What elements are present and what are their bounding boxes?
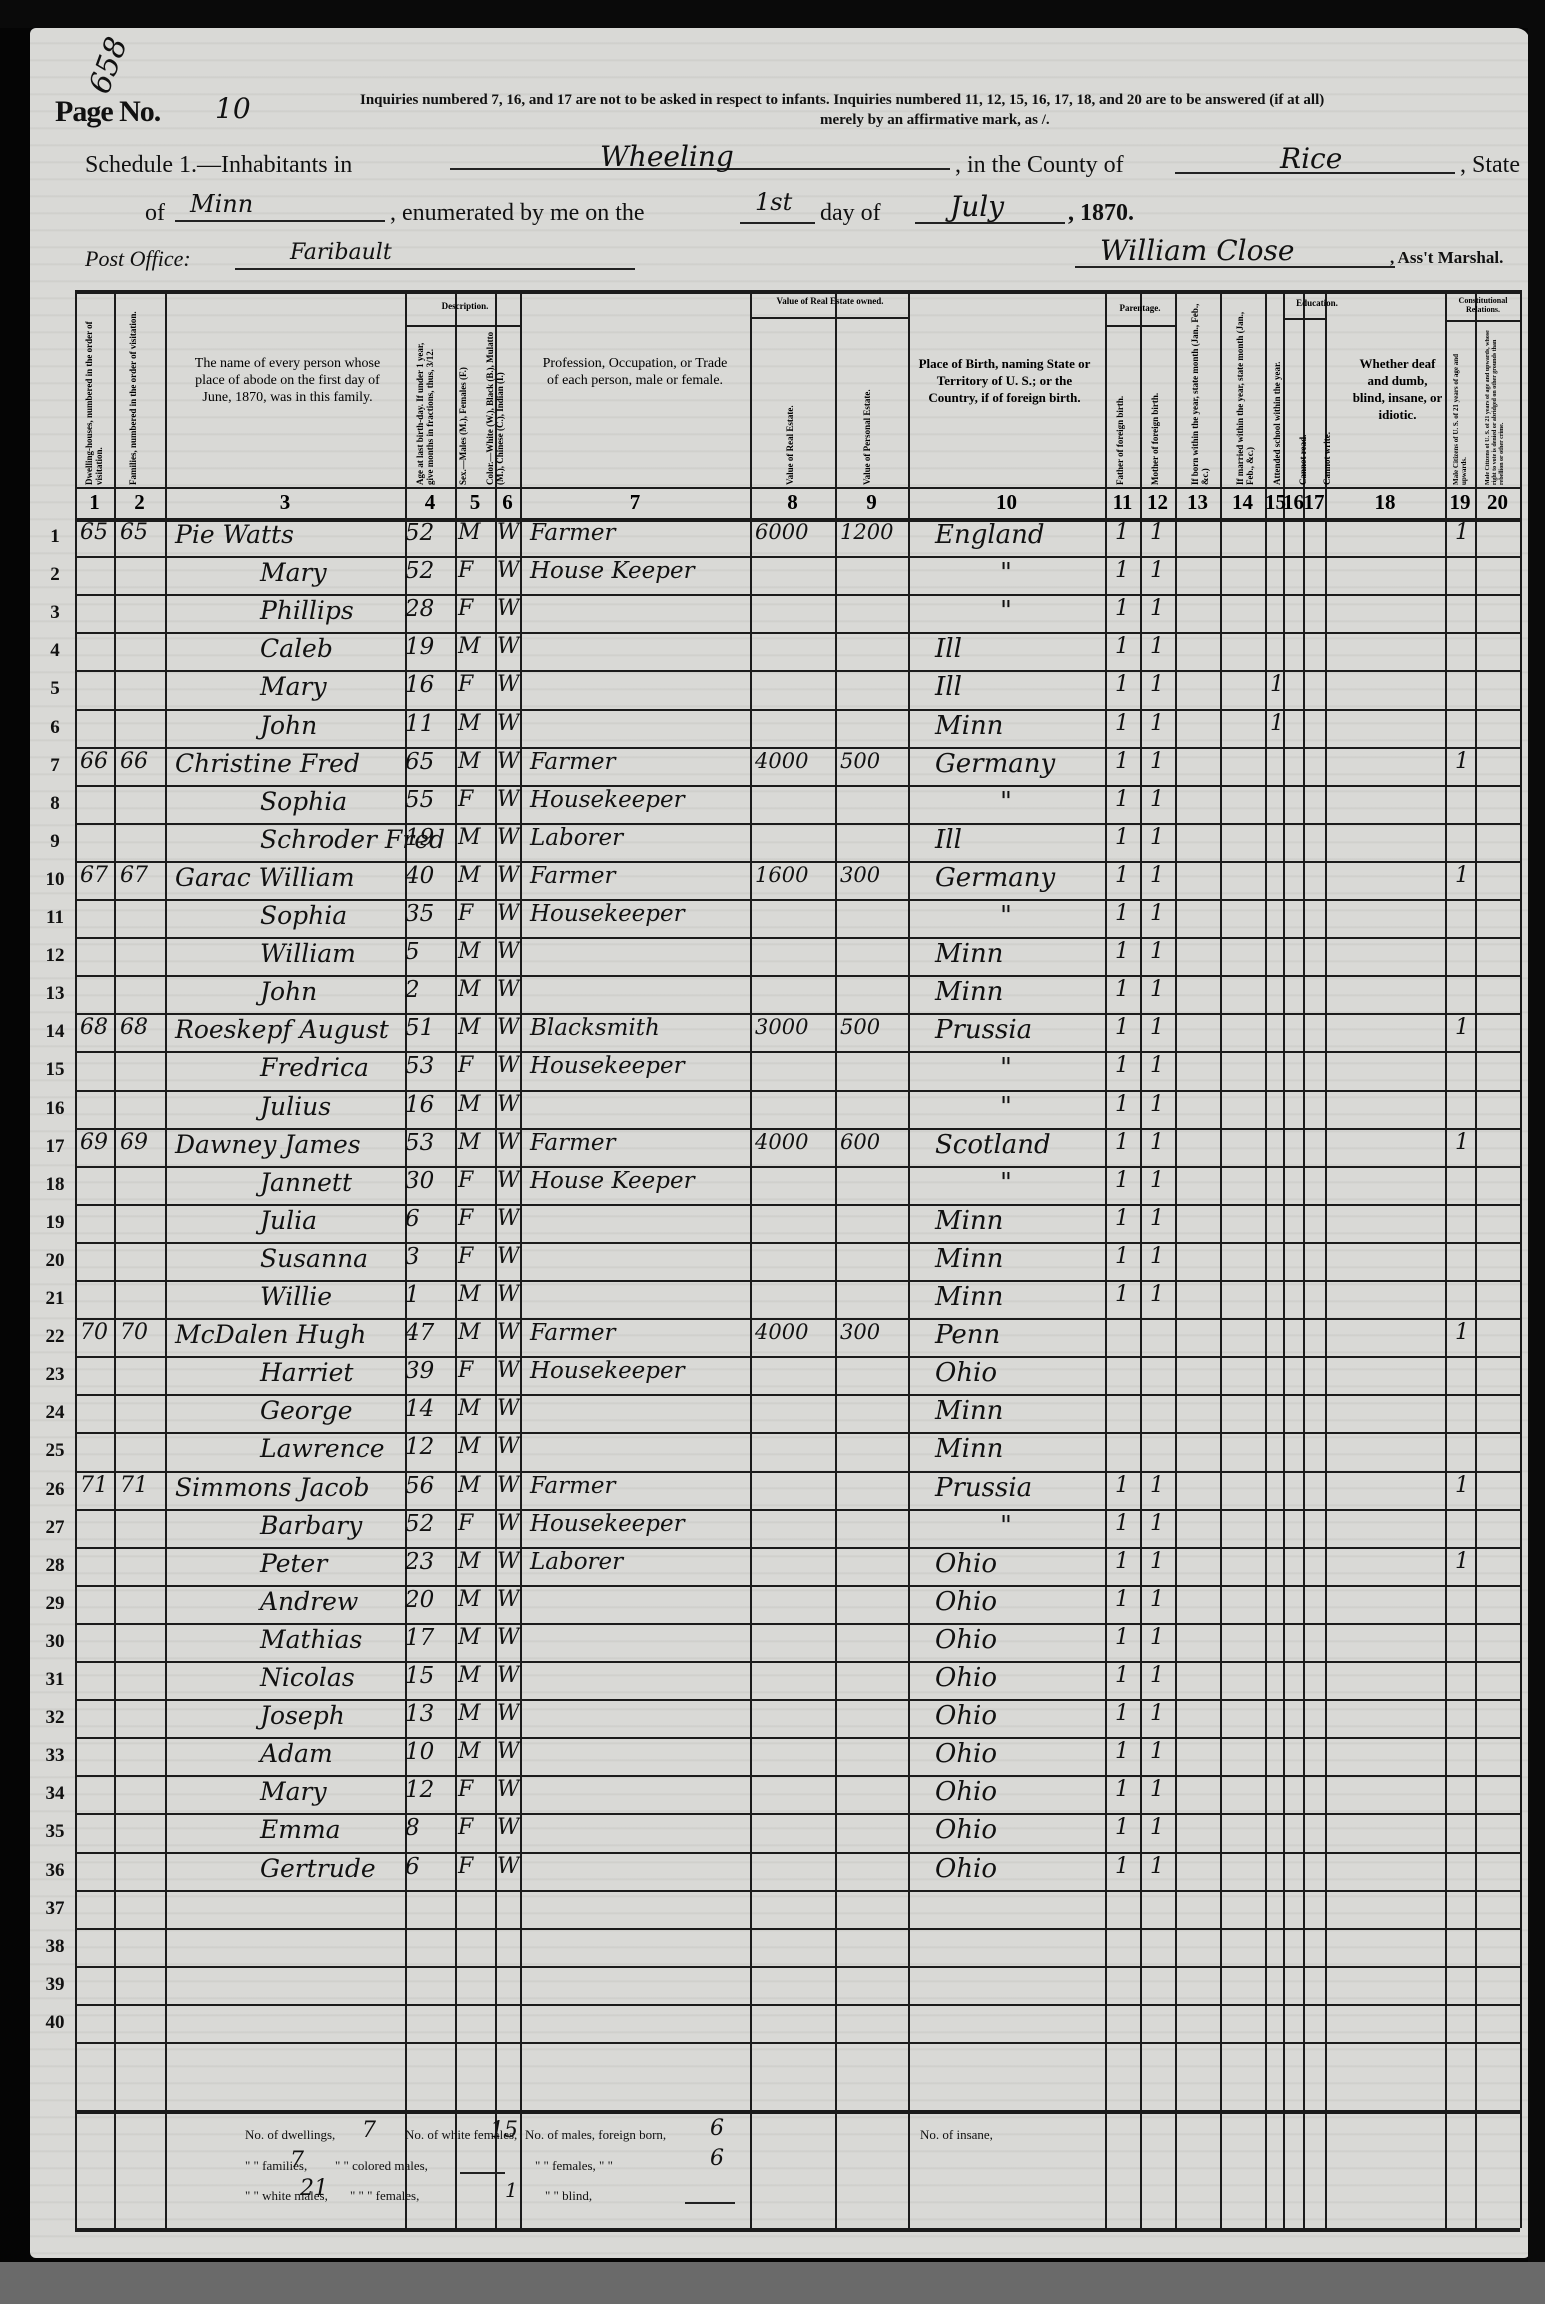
sex: M — [458, 1015, 481, 1040]
person-name: Christine Fred — [175, 749, 360, 778]
real-estate-value: 4000 — [755, 749, 808, 773]
mother-foreign-mark: 1 — [1150, 672, 1164, 697]
colored-females-count: 1 — [505, 2178, 518, 2202]
column-number: 15 — [1265, 490, 1283, 515]
white-males-count: 21 — [300, 2176, 328, 2201]
row-rule — [75, 2042, 1520, 2044]
citizen-mark: 1 — [1455, 1320, 1469, 1345]
sex: F — [458, 558, 473, 583]
line-number: 32 — [35, 1707, 75, 1729]
father-foreign-mark: 1 — [1115, 1663, 1129, 1688]
column-number: 17 — [1303, 490, 1325, 515]
page-label: Page No. — [55, 95, 160, 129]
age: 6 — [405, 1206, 420, 1232]
birthplace: " — [1000, 787, 1012, 817]
color: W — [497, 672, 520, 697]
citizen-mark: 1 — [1455, 520, 1469, 545]
age: 8 — [405, 1815, 420, 1841]
birthplace: Ohio — [935, 1549, 997, 1579]
occupation: Farmer — [530, 1320, 616, 1346]
person-name: Barbary — [260, 1511, 362, 1540]
mother-foreign-mark: 1 — [1150, 1701, 1164, 1726]
personal-estate-value: 300 — [840, 1320, 880, 1344]
sex: F — [458, 1244, 473, 1269]
person-name: Roeskepf August — [175, 1015, 389, 1044]
row-rule — [75, 1928, 1520, 1930]
person-name: John — [260, 977, 317, 1006]
birthplace: Prussia — [935, 1015, 1032, 1045]
mother-foreign-mark: 1 — [1150, 1777, 1164, 1802]
birthplace: " — [1000, 1053, 1012, 1083]
person-name: Phillips — [260, 596, 354, 625]
birthplace: Ohio — [935, 1777, 997, 1807]
line-number: 35 — [35, 1821, 75, 1843]
families-count: 7 — [290, 2148, 304, 2173]
personal-estate-value: 500 — [840, 1015, 880, 1039]
color: W — [497, 787, 520, 812]
person-name: Simmons Jacob — [175, 1473, 369, 1502]
age: 30 — [405, 1168, 434, 1194]
page-number: 10 — [215, 92, 251, 125]
mother-foreign-mark: 1 — [1150, 1473, 1164, 1498]
enumeration-month: July — [950, 190, 1004, 223]
row-rule — [75, 2004, 1520, 2006]
sex: M — [458, 1701, 481, 1726]
occupation: Farmer — [530, 749, 616, 775]
color: W — [497, 1015, 520, 1040]
color: W — [497, 1244, 520, 1269]
occupation: Laborer — [530, 1549, 623, 1575]
citizen-mark: 1 — [1455, 749, 1469, 774]
person-name: Mary — [260, 558, 327, 587]
person-name: Nicolas — [260, 1663, 355, 1692]
line-number: 26 — [35, 1479, 75, 1501]
line-number: 39 — [35, 1974, 75, 1996]
birthplace: Minn — [935, 1282, 1003, 1312]
column-rule — [520, 290, 522, 2228]
dwelling-number: 69 — [80, 1130, 108, 1155]
mother-foreign-mark: 1 — [1150, 1549, 1164, 1574]
group-rule — [1105, 325, 1175, 327]
mother-foreign-mark: 1 — [1150, 977, 1164, 1002]
foreign-females-label: " " females, " " — [535, 2158, 613, 2174]
person-name: Mary — [260, 672, 327, 701]
line-number: 15 — [35, 1059, 75, 1081]
age: 51 — [405, 1015, 434, 1041]
col-male-citizen-header: Male Citizens of U. S. of 21 years of ag… — [1452, 330, 1474, 485]
col-name-header: The name of every person whose place of … — [180, 355, 395, 406]
color: W — [497, 939, 520, 964]
color: W — [497, 977, 520, 1002]
mother-foreign-mark: 1 — [1150, 520, 1164, 545]
real-estate-value: 6000 — [755, 520, 808, 544]
mother-foreign-mark: 1 — [1150, 1015, 1164, 1040]
age: 56 — [405, 1473, 434, 1499]
column-number: 3 — [165, 490, 405, 515]
real-estate-value: 1600 — [755, 863, 808, 887]
father-foreign-mark: 1 — [1115, 1625, 1129, 1650]
father-foreign-mark: 1 — [1115, 901, 1129, 926]
father-foreign-mark: 1 — [1115, 977, 1129, 1002]
sex: M — [458, 1282, 481, 1307]
col-sex-header: Sex.—Males (M.), Females (F.) — [458, 330, 478, 485]
column-number: 16 — [1283, 490, 1303, 515]
column-rule — [1265, 290, 1267, 2228]
line-number: 12 — [35, 945, 75, 967]
person-name: Fredrica — [260, 1053, 369, 1082]
line-number: 37 — [35, 1898, 75, 1920]
column-number: 11 — [1105, 490, 1140, 515]
occupation: Housekeeper — [530, 901, 685, 927]
mother-foreign-mark: 1 — [1150, 825, 1164, 850]
sex: M — [458, 749, 481, 774]
marshal-name: William Close — [1100, 234, 1294, 267]
father-foreign-mark: 1 — [1115, 939, 1129, 964]
line-number: 8 — [35, 793, 75, 815]
sex: F — [458, 787, 473, 812]
age: 39 — [405, 1358, 434, 1384]
line-number: 9 — [35, 831, 75, 853]
sex: M — [458, 634, 481, 659]
sex: M — [458, 939, 481, 964]
sex: F — [458, 1168, 473, 1193]
col-personal-estate-header: Value of Personal Estate. — [862, 330, 876, 485]
color: W — [497, 1549, 520, 1574]
person-name: John — [260, 711, 317, 740]
column-number: 10 — [908, 490, 1105, 515]
line-number: 6 — [35, 717, 75, 739]
line-number: 4 — [35, 640, 75, 662]
mother-foreign-mark: 1 — [1150, 634, 1164, 659]
family-number: 66 — [120, 749, 148, 774]
line-number: 30 — [35, 1631, 75, 1653]
person-name: Willie — [260, 1282, 332, 1311]
line-number: 20 — [35, 1250, 75, 1272]
foreign-females-count: 6 — [710, 2146, 724, 2171]
father-foreign-mark: 1 — [1115, 749, 1129, 774]
birthplace: Ohio — [935, 1587, 997, 1617]
column-rule — [1105, 290, 1107, 2228]
scan-bottom-border — [0, 2262, 1545, 2304]
age: 15 — [405, 1663, 434, 1689]
sex: M — [458, 1549, 481, 1574]
mother-foreign-mark: 1 — [1150, 749, 1164, 774]
state: Minn — [190, 190, 253, 218]
line-number: 7 — [35, 755, 75, 777]
line-number: 38 — [35, 1936, 75, 1958]
family-number: 70 — [120, 1320, 148, 1345]
person-name: Garac William — [175, 863, 355, 892]
color: W — [497, 863, 520, 888]
birthplace: Germany — [935, 863, 1055, 893]
personal-estate-value: 300 — [840, 863, 880, 887]
occupation: Housekeeper — [530, 1053, 685, 1079]
line-number: 29 — [35, 1593, 75, 1615]
age: 13 — [405, 1701, 434, 1727]
color: W — [497, 1320, 520, 1345]
birthplace: " — [1000, 1511, 1012, 1541]
county-label: , in the County of — [955, 152, 1124, 179]
age: 12 — [405, 1777, 434, 1803]
row-rule — [75, 1966, 1520, 1968]
father-foreign-mark: 1 — [1115, 596, 1129, 621]
line-number: 11 — [35, 907, 75, 929]
person-name: Lawrence — [260, 1434, 385, 1463]
age: 16 — [405, 1092, 434, 1118]
father-foreign-mark: 1 — [1115, 825, 1129, 850]
col-dwelling-header: Dwelling-houses, numbered in the order o… — [84, 300, 106, 485]
mother-foreign-mark: 1 — [1150, 901, 1164, 926]
mother-foreign-mark: 1 — [1150, 1663, 1164, 1688]
line-number: 18 — [35, 1174, 75, 1196]
line-number: 25 — [35, 1440, 75, 1462]
occupation: Housekeeper — [530, 1511, 685, 1537]
color: W — [497, 1358, 520, 1383]
line-number: 5 — [35, 678, 75, 700]
line-number: 13 — [35, 983, 75, 1005]
sex: F — [458, 1854, 473, 1879]
occupation: Housekeeper — [530, 1358, 685, 1384]
personal-estate-value: 600 — [840, 1130, 880, 1154]
birthplace: Minn — [935, 939, 1003, 969]
birthplace: " — [1000, 1092, 1012, 1122]
mother-foreign-mark: 1 — [1150, 1092, 1164, 1117]
col-cannot-write-header: Cannot write. — [1322, 400, 1334, 485]
column-rule — [1140, 290, 1142, 2228]
father-foreign-mark: 1 — [1115, 1739, 1129, 1764]
line-number: 16 — [35, 1098, 75, 1120]
line-number: 22 — [35, 1326, 75, 1348]
occupation: Housekeeper — [530, 787, 685, 813]
real-estate-value: 3000 — [755, 1015, 808, 1039]
column-number: 20 — [1475, 490, 1520, 515]
line-number: 31 — [35, 1669, 75, 1691]
group-rule — [405, 325, 520, 327]
age: 35 — [405, 901, 434, 927]
father-foreign-mark: 1 — [1115, 1130, 1129, 1155]
father-foreign-mark: 1 — [1115, 1053, 1129, 1078]
line-number: 27 — [35, 1517, 75, 1539]
age: 19 — [405, 825, 434, 851]
age: 19 — [405, 634, 434, 660]
mother-foreign-mark: 1 — [1150, 1244, 1164, 1269]
father-foreign-mark: 1 — [1115, 1168, 1129, 1193]
age: 20 — [405, 1587, 434, 1613]
enumeration-day: 1st — [755, 188, 792, 216]
age: 40 — [405, 863, 434, 889]
col-mother-foreign-header: Mother of foreign birth. — [1150, 340, 1162, 485]
column-rule — [1283, 290, 1285, 2228]
color: W — [497, 558, 520, 583]
colored-males-blank — [460, 2172, 505, 2174]
parentage-group-header: Parentage. — [1105, 300, 1175, 317]
dwelling-number: 67 — [80, 863, 108, 888]
post-office: Faribault — [290, 240, 392, 265]
person-name: Mary — [260, 1777, 327, 1806]
sex: M — [458, 863, 481, 888]
color: W — [497, 1130, 520, 1155]
constitutional-group-header: Constitutional Relations. — [1448, 296, 1518, 314]
color: W — [497, 1739, 520, 1764]
father-foreign-mark: 1 — [1115, 672, 1129, 697]
birthplace: England — [935, 520, 1045, 550]
family-number: 65 — [120, 520, 148, 545]
column-rule — [1220, 290, 1222, 2228]
person-name: Adam — [260, 1739, 333, 1768]
line-number: 24 — [35, 1402, 75, 1424]
column-rule — [1325, 290, 1327, 2228]
birthplace: Ohio — [935, 1358, 997, 1388]
citizen-mark: 1 — [1455, 1130, 1469, 1155]
sex: M — [458, 1320, 481, 1345]
father-foreign-mark: 1 — [1115, 1206, 1129, 1231]
column-rule — [1475, 290, 1477, 2228]
person-name: William — [260, 939, 356, 968]
enumerated-label: , enumerated by me on the — [390, 200, 645, 227]
line-number: 2 — [35, 564, 75, 586]
color: W — [497, 1168, 520, 1193]
sex: M — [458, 1625, 481, 1650]
group-rule — [1283, 318, 1325, 320]
column-number: 12 — [1140, 490, 1175, 515]
birthplace: Ohio — [935, 1663, 997, 1693]
mother-foreign-mark: 1 — [1150, 863, 1164, 888]
birthplace: Penn — [935, 1320, 1000, 1350]
of-label: of — [145, 200, 165, 227]
color: W — [497, 825, 520, 850]
color: W — [497, 520, 520, 545]
person-name: Joseph — [260, 1701, 345, 1730]
foreign-males-label: No. of males, foreign born, — [525, 2127, 666, 2143]
mother-foreign-mark: 1 — [1150, 1130, 1164, 1155]
father-foreign-mark: 1 — [1115, 863, 1129, 888]
instructions: Inquiries numbered 7, 16, and 17 are not… — [360, 92, 1530, 108]
person-name: Julius — [260, 1092, 331, 1121]
father-foreign-mark: 1 — [1115, 1092, 1129, 1117]
personal-estate-value: 500 — [840, 749, 880, 773]
scan-top-border — [0, 0, 1545, 28]
row-rule — [75, 1890, 1520, 1892]
marshal-label: , Ass't Marshal. — [1390, 248, 1503, 268]
person-name: Susanna — [260, 1244, 368, 1273]
father-foreign-mark: 1 — [1115, 1015, 1129, 1040]
birthplace: Ohio — [935, 1854, 997, 1884]
dwelling-number: 65 — [80, 520, 108, 545]
color: W — [497, 1815, 520, 1840]
birthplace: " — [1000, 901, 1012, 931]
line-number: 36 — [35, 1860, 75, 1882]
colored-females-label: " " " females, — [350, 2188, 419, 2204]
father-foreign-mark: 1 — [1115, 1701, 1129, 1726]
age: 3 — [405, 1244, 420, 1270]
col-disability-header: Whether deaf and dumb, blind, insane, or… — [1350, 355, 1445, 423]
age: 11 — [405, 711, 434, 737]
column-rule — [455, 290, 457, 2228]
color: W — [497, 1396, 520, 1421]
age: 65 — [405, 749, 434, 775]
birthplace: Minn — [935, 977, 1003, 1007]
sex: F — [458, 1206, 473, 1231]
blind-label: " " blind, — [545, 2188, 592, 2204]
county: Rice — [1280, 142, 1342, 175]
citizen-mark: 1 — [1455, 863, 1469, 888]
sex: F — [458, 901, 473, 926]
mother-foreign-mark: 1 — [1150, 1587, 1164, 1612]
sex: M — [458, 1663, 481, 1688]
mother-foreign-mark: 1 — [1150, 1053, 1164, 1078]
line-number: 21 — [35, 1288, 75, 1310]
birthplace: Ohio — [935, 1739, 997, 1769]
age: 5 — [405, 939, 420, 965]
mother-foreign-mark: 1 — [1150, 558, 1164, 583]
age: 55 — [405, 787, 434, 813]
age: 53 — [405, 1130, 434, 1156]
age: 12 — [405, 1434, 434, 1460]
person-name: Andrew — [260, 1587, 358, 1616]
dwelling-number: 71 — [80, 1473, 108, 1498]
mother-foreign-mark: 1 — [1150, 1282, 1164, 1307]
instructions-line2: merely by an affirmative mark, as /. — [820, 112, 1050, 129]
scan-right-border — [1528, 0, 1545, 2304]
family-number: 67 — [120, 863, 148, 888]
father-foreign-mark: 1 — [1115, 1282, 1129, 1307]
mother-foreign-mark: 1 — [1150, 787, 1164, 812]
column-number: 6 — [495, 490, 520, 515]
person-name: Sophia — [260, 787, 347, 816]
birthplace: Minn — [935, 711, 1003, 741]
col-real-estate-header: Value of Real Estate. — [785, 330, 799, 485]
state-blank — [175, 220, 385, 222]
column-number: 1 — [75, 490, 114, 515]
age: 16 — [405, 672, 434, 698]
mother-foreign-mark: 1 — [1150, 711, 1164, 736]
person-name: George — [260, 1396, 353, 1425]
schedule-label: Schedule 1.—Inhabitants in — [85, 152, 352, 179]
column-rule — [835, 290, 837, 2228]
col-family-header: Families, numbered in the order of visit… — [128, 300, 150, 485]
post-office-blank — [235, 268, 635, 270]
column-number: 9 — [835, 490, 908, 515]
mother-foreign-mark: 1 — [1150, 1625, 1164, 1650]
age: 2 — [405, 977, 420, 1003]
line-number: 34 — [35, 1783, 75, 1805]
color: W — [497, 901, 520, 926]
column-rule — [1445, 290, 1447, 2228]
column-rule — [1303, 290, 1305, 2228]
occupation: Farmer — [530, 863, 616, 889]
father-foreign-mark: 1 — [1115, 1815, 1129, 1840]
insane-label: No. of insane, — [920, 2127, 993, 2143]
mother-foreign-mark: 1 — [1150, 1206, 1164, 1231]
col-school-header: Attended school within the year. — [1272, 300, 1284, 485]
sex: F — [458, 1053, 473, 1078]
occupation: House Keeper — [530, 558, 695, 584]
line-number: 1 — [35, 526, 75, 548]
color: W — [497, 1473, 520, 1498]
blind-blank — [685, 2202, 735, 2204]
line-number: 23 — [35, 1364, 75, 1386]
father-foreign-mark: 1 — [1115, 1511, 1129, 1536]
occupation: Farmer — [530, 1130, 616, 1156]
birthplace: Minn — [935, 1434, 1003, 1464]
personal-estate-value: 1200 — [840, 520, 893, 544]
col-cannot-read-header: Cannot read. — [1298, 400, 1310, 485]
age: 52 — [405, 520, 434, 546]
sex: M — [458, 711, 481, 736]
color: W — [497, 1777, 520, 1802]
age: 10 — [405, 1739, 434, 1765]
line-number: 33 — [35, 1745, 75, 1767]
